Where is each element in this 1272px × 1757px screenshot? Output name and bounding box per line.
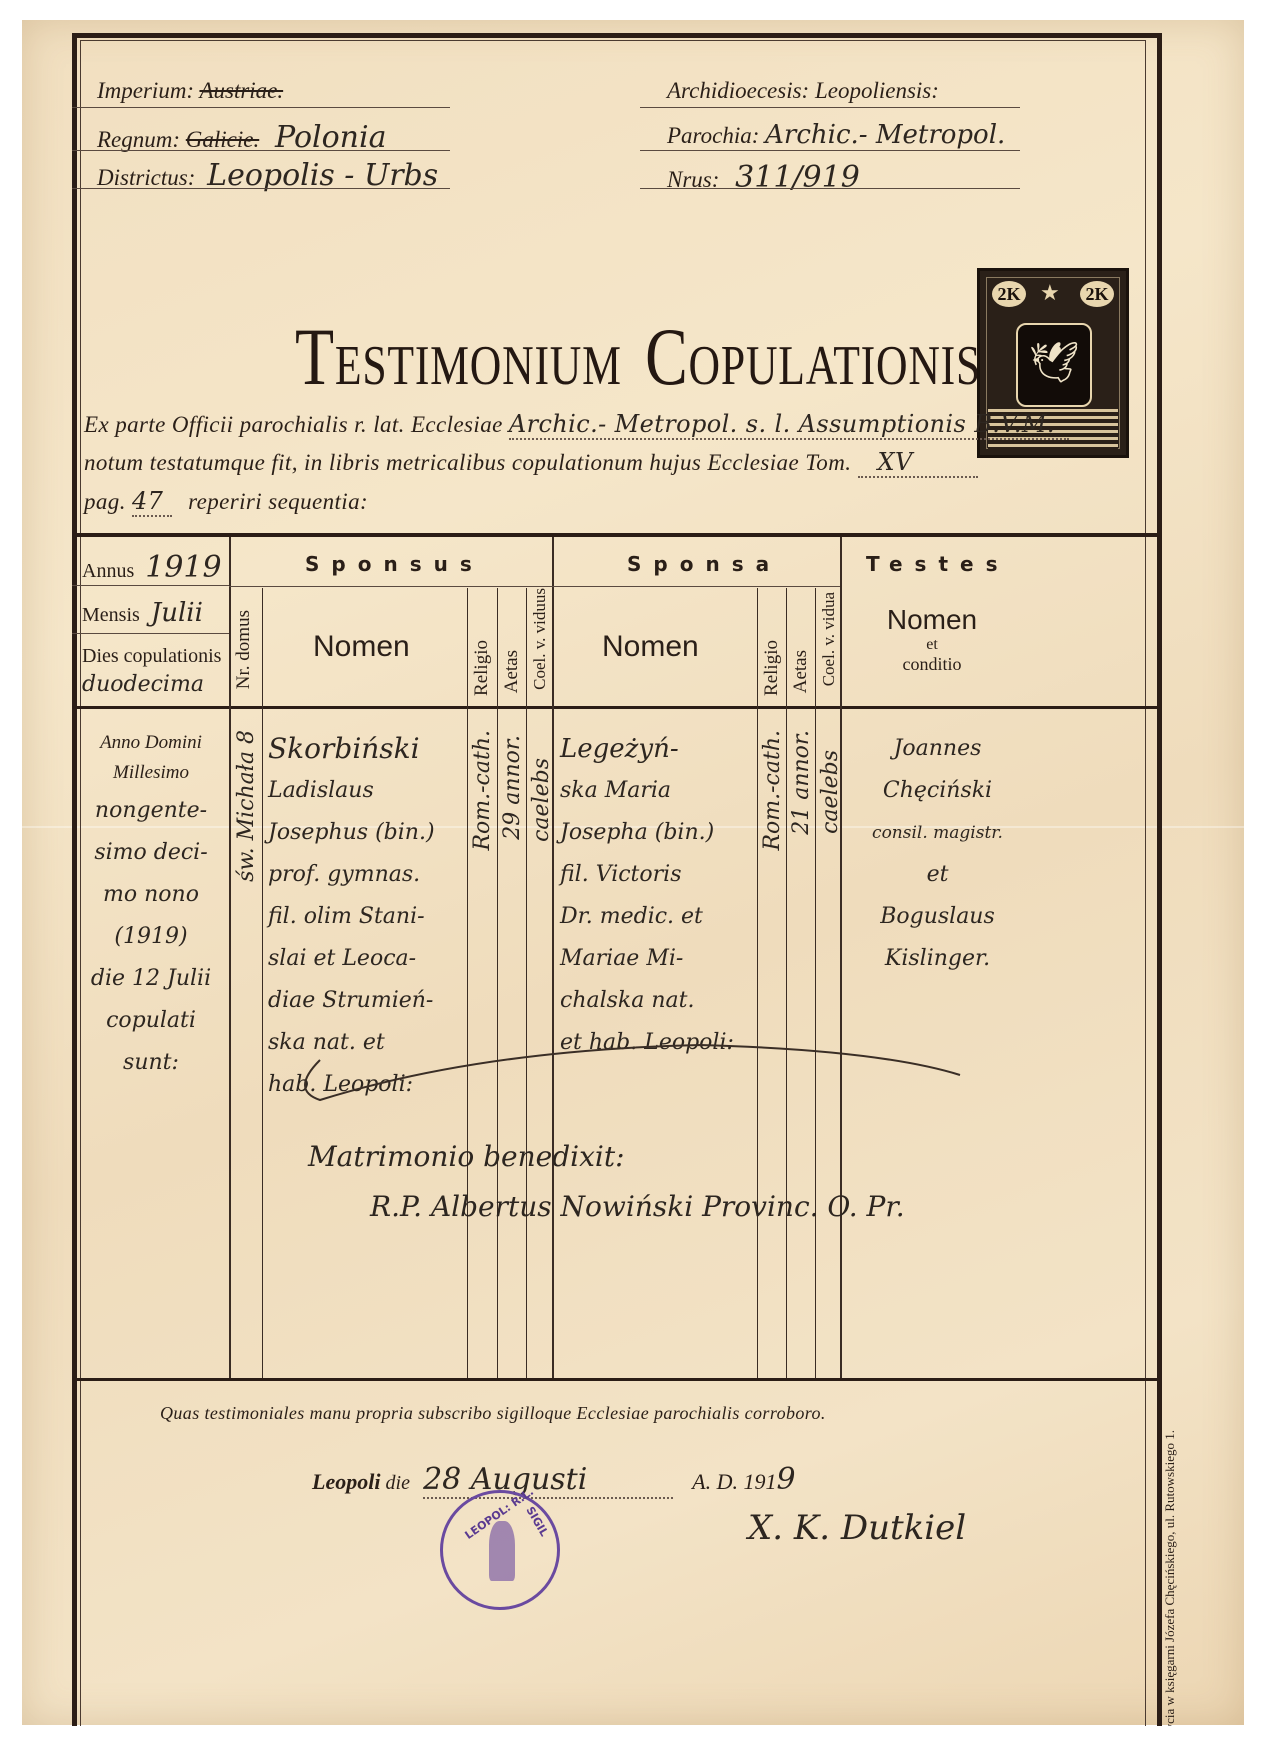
annus-cell: Annus 1919: [82, 550, 222, 585]
intro-printed-3: reperiri sequentia:: [188, 489, 368, 514]
stamp-value-right: 2K: [1080, 281, 1114, 307]
testes-line: Kislinger.: [850, 938, 1025, 980]
sponsa-line: Josepha (bin.): [560, 812, 734, 854]
place-label: Leopoli: [312, 1469, 380, 1494]
parochia-handwritten: Archic.- Metropol.: [765, 120, 1005, 150]
header-divider: [72, 633, 229, 634]
mensis-value: Julii: [151, 598, 203, 628]
divider: [72, 150, 450, 151]
col-divider: [497, 588, 498, 1378]
benedixit-line-2: R.P. Albertus Nowiński Provinc. O. Pr.: [370, 1190, 905, 1223]
sponsa-line: chalska nat.: [560, 980, 734, 1022]
sponsus-col-nomen: Nomen: [313, 630, 410, 664]
intro-line-2: notum testatumque fit, in libris metrica…: [84, 448, 978, 478]
table-header-bottom: [72, 706, 1157, 709]
col-divider: [815, 588, 816, 1378]
shield-icon: 🕊: [1016, 323, 1092, 407]
col-divider: [526, 588, 527, 1378]
date-column: Anno Domini Millesimo nongente- simo dec…: [75, 732, 227, 1084]
annus-label: Annus: [82, 560, 134, 582]
testes-line: consil. magistr.: [850, 812, 1025, 854]
date-line: simo deci-: [75, 832, 227, 874]
sponsus-line: Ladislaus: [268, 770, 435, 812]
sponsus-aetas: 29 annor.: [500, 735, 525, 840]
sponsus-col-aetas: Aetas: [501, 650, 523, 693]
ad-label: A. D. 191: [692, 1469, 776, 1494]
sponsa-line: ska Maria: [560, 770, 734, 812]
annus-value: 1919: [145, 550, 221, 585]
date-handwritten: nongente- simo deci- mo nono (1919) die …: [75, 790, 227, 1084]
sponsus-status: caelebs: [529, 758, 554, 842]
divider: [640, 188, 1020, 189]
sponsa-header: Sponsa: [627, 552, 781, 576]
imperium-label: Imperium:: [97, 78, 194, 103]
date-line: (1919): [75, 916, 227, 958]
document-title: TESTIMONIUM COPULATIONIS.: [295, 310, 993, 404]
parish-seal: LEOPOL: R.L. SIGIL: [440, 1490, 560, 1610]
stamp-value-left: 2K: [992, 281, 1026, 307]
sponsus-header: Sponsus: [305, 552, 484, 576]
date-line: nongente-: [75, 790, 227, 832]
dies-value: duodecima: [82, 672, 204, 697]
sponsa-line: Dr. medic. et: [560, 896, 734, 938]
dies-label: Dies copulationis: [82, 645, 221, 668]
sponsus-line: Skorbiński: [268, 728, 435, 770]
date-line: sunt:: [75, 1042, 227, 1084]
pag-label: pag.: [84, 489, 126, 514]
attestation-text: Quas testimoniales manu propria subscrib…: [160, 1403, 826, 1424]
benedixit-line-1: Matrimonio benedixit:: [308, 1140, 625, 1173]
regnum-printed: Galicie.: [186, 127, 259, 152]
parochia-field: Parochia: Archic.- Metropol.: [667, 120, 1005, 150]
divider: [640, 107, 1020, 108]
header-divider: [72, 585, 229, 586]
testes-header: Testes: [866, 552, 1009, 576]
date-line: mo nono: [75, 874, 227, 916]
archidioecesis-label: Archidioecesis:: [667, 78, 809, 103]
archidioecesis-value: Leopoliensis:: [815, 78, 939, 103]
date-line: copulati: [75, 1000, 227, 1042]
districtus-label: Districtus:: [97, 165, 195, 190]
archidioecesis-field: Archidioecesis: Leopoliensis:: [667, 78, 939, 104]
title-initial: C: [645, 311, 688, 402]
table-bottom-border: [72, 1378, 1157, 1381]
header-divider: [229, 586, 840, 587]
testes-col-nomen: Nomen: [842, 604, 1022, 636]
testes-line: Joannes: [850, 728, 1025, 770]
sponsa-col-aetas: Aetas: [790, 650, 812, 693]
divider: [72, 188, 450, 189]
sponsa-line: Mariae Mi-: [560, 938, 734, 980]
place-date-line: Leopoli die 28 Augusti A. D. 1919: [312, 1462, 796, 1499]
sponsa-line: fil. Victoris: [560, 854, 734, 896]
sponsa-col-religio: Religio: [761, 640, 783, 696]
sponsus-religio: Rom.-cath.: [470, 730, 495, 851]
nr-domus-value: św. Michała 8: [234, 730, 259, 882]
eagle-icon: 🕊: [1018, 339, 1090, 386]
flourish-line: [280, 1030, 980, 1110]
table-top-border: [72, 533, 1157, 537]
intro-line-1: Ex parte Officii parochialis r. lat. Ecc…: [84, 410, 1069, 440]
testes-col-conditio: conditio: [842, 654, 1022, 675]
testes-line: Chęciński: [850, 770, 1025, 812]
date-printed-2: Millesimo: [75, 762, 227, 784]
col-divider: [262, 588, 263, 1378]
col-nr-domus: Nr. domus: [233, 610, 255, 689]
col-divider: [229, 537, 231, 1378]
regnum-label: Regnum:: [97, 127, 180, 152]
col-divider: [786, 588, 787, 1378]
testes-col-et: et: [842, 636, 1022, 654]
madonna-icon: [489, 1521, 515, 1581]
nrus-handwritten: 311/919: [735, 160, 860, 195]
die-label: die: [386, 1472, 410, 1494]
sponsa-line: Legeżyń-: [560, 728, 734, 770]
divider: [72, 107, 450, 108]
sponsa-col-status: Coel. v. vidua: [819, 592, 839, 686]
church-handwritten: Archic.- Metropol. s. l. Assumptionis B.…: [509, 410, 1069, 440]
sponsus-col-religio: Religio: [471, 640, 493, 696]
title-word: ESTIMONIUM: [335, 335, 622, 397]
intro-printed-2: notum testatumque fit, in libris metrica…: [84, 450, 851, 475]
title-initial: T: [295, 311, 335, 402]
sponsus-line: Josephus (bin.): [268, 812, 435, 854]
sponsa-col-nomen: Nomen: [602, 630, 699, 664]
date-printed-1: Anno Domini: [75, 732, 227, 754]
testes-line: Boguslaus: [850, 896, 1025, 938]
testes-line: et: [850, 854, 1025, 896]
divider: [640, 150, 1020, 151]
year-handwritten: 9: [776, 1462, 795, 1497]
imperium-value: Austriae.: [199, 78, 283, 103]
mensis-cell: Mensis Julii: [82, 598, 203, 628]
date-handwritten: 28 Augusti: [423, 1462, 673, 1499]
sponsa-aetas: 21 annor.: [789, 730, 814, 835]
imperium-field: Imperium: Austriae.: [97, 78, 283, 104]
printer-imprint: ycia w księgarni Józefa Chęcińskiego, ul…: [1162, 1430, 1178, 1730]
date-line: die 12 Julii: [75, 958, 227, 1000]
priest-signature: X. K. Dutkiel: [748, 1508, 966, 1548]
col-divider: [552, 537, 554, 1378]
col-divider: [467, 588, 468, 1378]
sponsus-line: prof. gymnas.: [268, 854, 435, 896]
mensis-label: Mensis: [82, 604, 140, 626]
testes-col-header: Nomen et conditio: [842, 604, 1022, 675]
parochia-label: Parochia:: [667, 123, 759, 148]
sponsus-col-status: Coel. v. viduus: [530, 588, 550, 690]
sponsa-religio: Rom.-cath.: [760, 730, 785, 851]
sponsa-name: Legeżyń- ska Maria Josepha (bin.) fil. V…: [560, 728, 734, 1064]
pag-handwritten: 47: [132, 487, 172, 517]
title-word: OPULATIONIS.: [689, 335, 993, 397]
sponsus-line: diae Strumień-: [268, 980, 435, 1022]
sponsa-status: caelebs: [818, 750, 843, 834]
intro-printed-1: Ex parte Officii parochialis r. lat. Ecc…: [84, 412, 503, 437]
scan-margin: [0, 1726, 1272, 1757]
sponsus-line: slai et Leoca-: [268, 938, 435, 980]
star-icon: ★: [1040, 281, 1060, 306]
sponsus-line: fil. olim Stani-: [268, 896, 435, 938]
testes-names: Joannes Chęciński consil. magistr. et Bo…: [850, 728, 1025, 980]
nrus-field: Nrus: 311/919: [667, 160, 860, 195]
tom-handwritten: XV: [858, 448, 978, 478]
col-divider: [757, 588, 758, 1378]
intro-line-3: pag. 47 reperiri sequentia:: [84, 487, 368, 517]
